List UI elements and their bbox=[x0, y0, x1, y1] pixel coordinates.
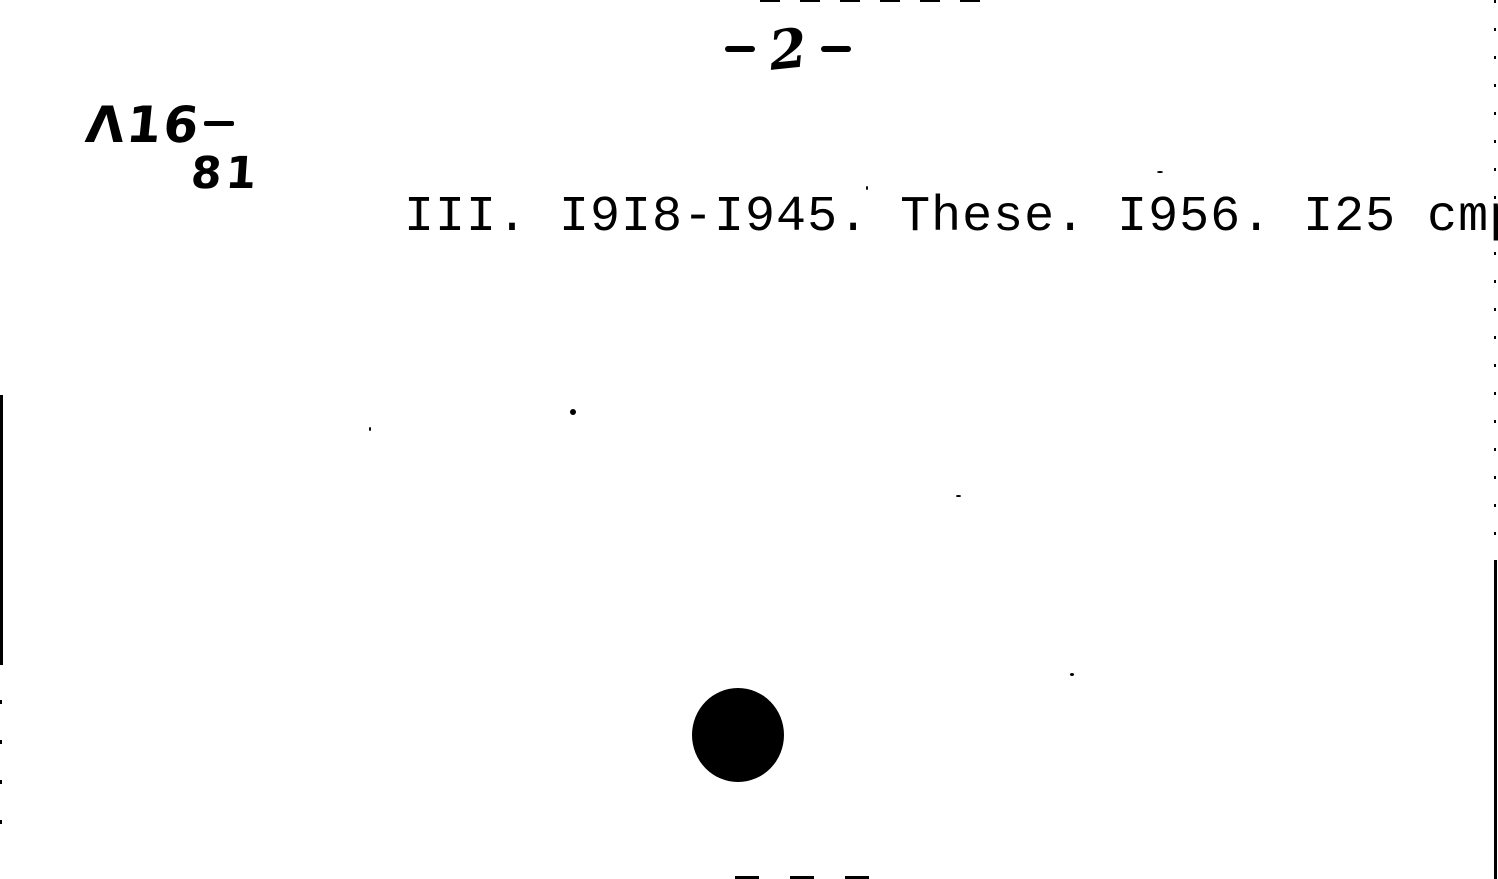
page-number: 2 bbox=[708, 14, 868, 84]
ink-speck bbox=[570, 409, 576, 415]
ink-speck bbox=[1157, 171, 1163, 173]
scan-edge-top bbox=[760, 0, 990, 2]
ink-speck bbox=[956, 495, 961, 497]
page-number-left-dash bbox=[725, 46, 755, 52]
call-number-bar bbox=[204, 121, 234, 126]
page-number-right-dash bbox=[821, 46, 851, 52]
scan-edge-left bbox=[0, 395, 3, 665]
ink-speck bbox=[369, 427, 371, 431]
call-number-main: Λ16 bbox=[83, 96, 203, 154]
ink-speck bbox=[1070, 673, 1074, 676]
scan-edge-left-lower bbox=[0, 700, 2, 850]
call-number: Λ16 81 bbox=[86, 96, 266, 206]
scan-edge-right-solid bbox=[1494, 560, 1497, 879]
page-number-value: 2 bbox=[766, 20, 809, 78]
call-number-sub: 81 bbox=[189, 148, 262, 199]
punch-hole bbox=[692, 688, 784, 782]
catalog-card: 2 Λ16 81 III. I9I8-I945. These. I956. I2… bbox=[0, 0, 1498, 879]
ink-speck bbox=[866, 186, 868, 190]
catalog-entry-text: III. I9I8-I945. These. I956. I25 cmp bbox=[404, 190, 1498, 246]
